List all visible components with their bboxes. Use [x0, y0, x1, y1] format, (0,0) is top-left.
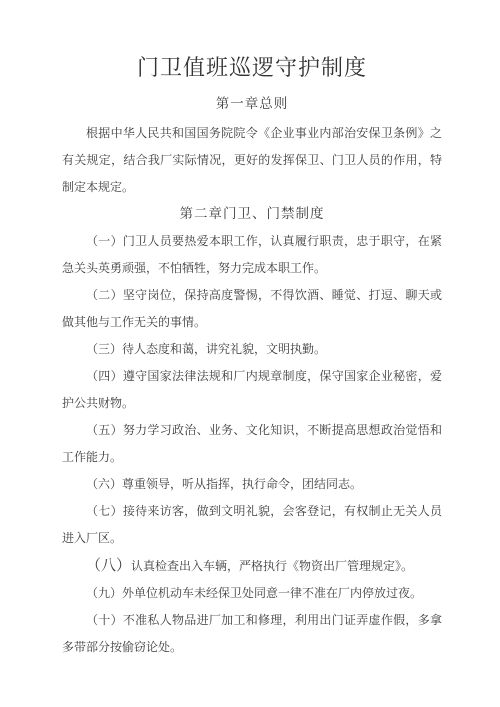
rule-item-1: （一）门卫人员要热爱本职工作，认真履行职责，忠于职守，在紧急关头英勇顽强，不怕牺…: [62, 228, 442, 282]
chapter1-heading: 第一章总则: [62, 96, 442, 112]
rule-item-2: （二）坚守岗位，保持高度警惕，不得饮酒、睡觉、打逗、聊天或做其他与工作无关的事情…: [62, 282, 442, 336]
rule-item-7: （七）接待来访客，做到文明礼貌，会客登记，有权制止无关人员进入厂区。: [62, 498, 442, 552]
rule-item-2-marker: （二）: [86, 288, 123, 302]
rule-item-3-marker: （三）: [86, 342, 122, 356]
rule-item-9-text: 外单位机动车未经保卫处同意一律不准在厂内停放过夜。: [122, 586, 422, 600]
rule-item-5: （五）努力学习政治、业务、文化知识，不断提高思想政治觉悟和工作能力。: [62, 417, 442, 471]
rule-item-9-marker: （九）: [86, 586, 122, 600]
rule-item-8: （八）认真检查出入车辆，严格执行《物资出厂管理规定》。: [62, 552, 442, 580]
rule-item-6-text: 尊重领导，听从指挥，执行命令，团结同志。: [122, 477, 362, 491]
rule-item-6-marker: （六）: [86, 477, 122, 491]
document-page: 门卫值班巡逻守护制度 第一章总则 根据中华人民共和国国务院院令《企业事业内部治安…: [0, 0, 500, 707]
rule-item-4-marker: （四）: [86, 369, 123, 383]
rule-item-9: （九）外单位机动车未经保卫处同意一律不准在厂内停放过夜。: [62, 580, 442, 607]
rule-item-5-marker: （五）: [86, 423, 123, 437]
rule-item-8-marker: （八）: [86, 556, 131, 574]
rule-item-6: （六）尊重领导，听从指挥，执行命令，团结同志。: [62, 471, 442, 498]
rule-item-3: （三）待人态度和蔼，讲究礼貌，文明执勤。: [62, 336, 442, 363]
rule-item-8-text: 认真检查出入车辆，严格执行《物资出厂管理规定》。: [131, 559, 413, 573]
rule-item-10: （十）不准私人物品进厂加工和修理，利用出门证弄虚作假，多拿多带部分按偷窃论处。: [62, 607, 442, 661]
rule-item-1-marker: （一）: [86, 234, 123, 248]
rule-item-4: （四）遵守国家法律法规和厂内规章制度，保守国家企业秘密，爱护公共财物。: [62, 363, 442, 417]
document-body: 根据中华人民共和国国务院院令《企业事业内部治安保卫条例》之有关规定，结合我厂实际…: [62, 120, 442, 661]
rule-item-3-text: 待人态度和蔼，讲究礼貌，文明执勤。: [122, 342, 326, 356]
rule-item-10-marker: （十）: [86, 613, 123, 627]
chapter2-heading: 第二章门卫、门禁制度: [62, 201, 442, 228]
rule-item-7-marker: （七）: [86, 504, 123, 518]
document-title: 门卫值班巡逻守护制度: [62, 54, 442, 84]
intro-paragraph: 根据中华人民共和国国务院院令《企业事业内部治安保卫条例》之有关规定，结合我厂实际…: [62, 120, 442, 201]
